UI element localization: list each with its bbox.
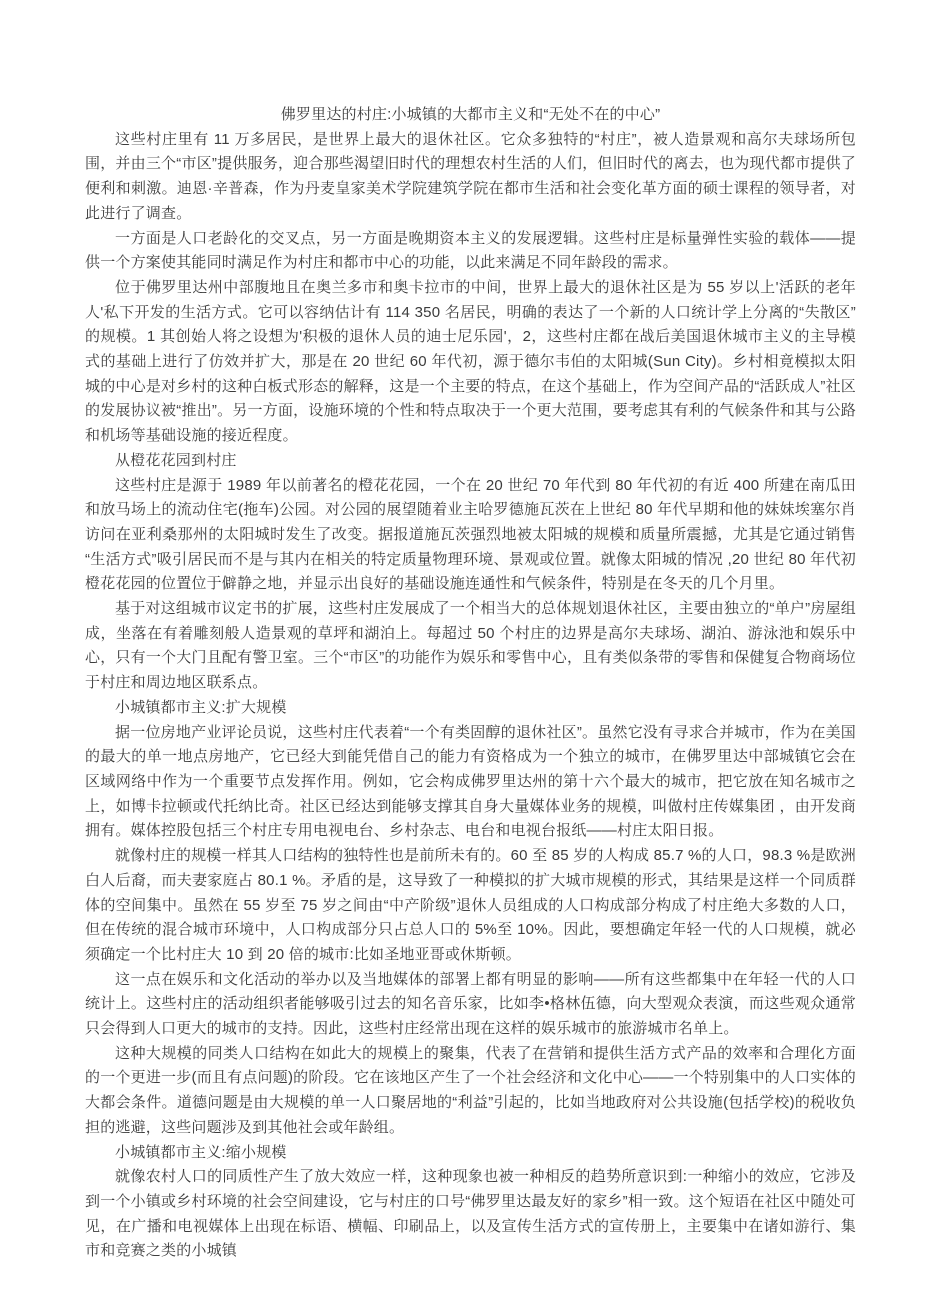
paragraph: 就像农村人口的同质性产生了放大效应一样，这种现象也被一种相反的趋势所意识到:一种…	[85, 1165, 856, 1264]
section-heading: 从橙花花园到村庄	[85, 449, 856, 474]
section-heading: 小城镇都市主义:缩小规模	[85, 1141, 856, 1166]
section-heading: 小城镇都市主义:扩大规模	[85, 696, 856, 721]
document-body: 佛罗里达的村庄:小城镇的大都市主义和“无处不在的中心” 这些村庄里有 11 万多…	[85, 103, 856, 1264]
paragraph: 这些村庄里有 11 万多居民，是世界上最大的退休社区。它众多独特的“村庄”，被人…	[85, 128, 856, 227]
paragraph: 位于佛罗里达州中部腹地且在奥兰多市和奥卡拉市的中间，世界上最大的退休社区是为 5…	[85, 276, 856, 449]
paragraph: 这一点在娱乐和文化活动的举办以及当地媒体的部署上都有明显的影响——所有这些都集中…	[85, 968, 856, 1042]
document-page: 佛罗里达的村庄:小城镇的大都市主义和“无处不在的中心” 这些村庄里有 11 万多…	[0, 0, 926, 1309]
paragraph: 这种大规模的同类人口结构在如此大的规模上的聚集，代表了在营销和提供生活方式产品的…	[85, 1042, 856, 1141]
paragraph: 这些村庄是源于 1989 年以前著名的橙花花园，一个在 20 世纪 70 年代到…	[85, 474, 856, 598]
paragraph: 据一位房地产业评论员说，这些村庄代表着“一个有类固醇的退休社区”。虽然它没有寻求…	[85, 721, 856, 845]
document-title: 佛罗里达的村庄:小城镇的大都市主义和“无处不在的中心”	[85, 103, 856, 128]
paragraph: 一方面是人口老龄化的交叉点，另一方面是晚期资本主义的发展逻辑。这些村庄是标量弹性…	[85, 227, 856, 276]
paragraph: 就像村庄的规模一样其人口结构的独特性也是前所未有的。60 至 85 岁的人构成 …	[85, 844, 856, 968]
paragraph: 基于对这组城市议定书的扩展，这些村庄发展成了一个相当大的总体规划退休社区，主要由…	[85, 597, 856, 696]
